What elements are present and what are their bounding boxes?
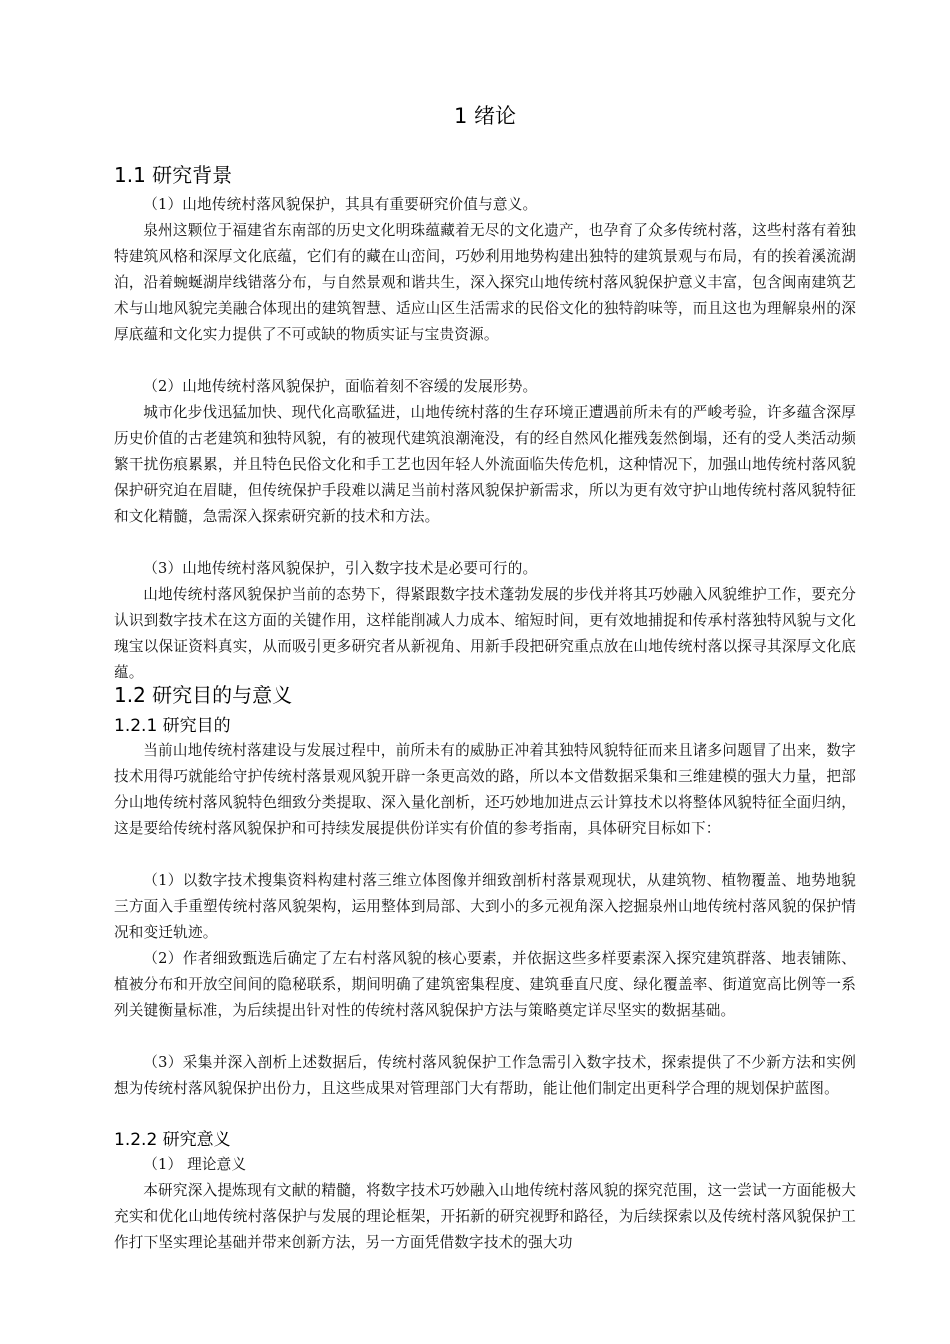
paragraph-background-point-3: （3）山地传统村落风貌保护，引入数字技术是必要可行的。 xyxy=(114,556,856,582)
paragraph-significance-theory-label: （1） 理论意义 xyxy=(114,1152,856,1178)
chapter-title: 1 绪论 xyxy=(114,102,856,130)
section-heading-1-1: 1.1 研究背景 xyxy=(114,162,232,188)
paragraph-purpose-goal-2: （2）作者细致甄选后确定了左右村落风貌的核心要素，并依据这些多样要素深入探究建筑… xyxy=(114,946,856,1024)
paragraph-significance-theory: 本研究深入提炼现有文献的精髓，将数字技术巧妙融入山地传统村落风貌的探究范围，这一… xyxy=(114,1178,856,1256)
paragraph-background-2: 城市化步伐迅猛加快、现代化高歌猛进，山地传统村落的生存环境正遭遇前所未有的严峻考… xyxy=(114,400,856,530)
paragraph-purpose-goal-3: （3）采集并深入剖析上述数据后，传统村落风貌保护工作急需引入数字技术，探索提供了… xyxy=(114,1050,856,1102)
paragraph-background-point-1: （1）山地传统村落风貌保护，其具有重要研究价值与意义。 xyxy=(114,192,856,218)
section-heading-1-2: 1.2 研究目的与意义 xyxy=(114,682,292,708)
section-heading-1-2-2: 1.2.2 研究意义 xyxy=(114,1128,231,1152)
paragraph-background-1: 泉州这颗位于福建省东南部的历史文化明珠蕴藏着无尽的文化遗产，也孕育了众多传统村落… xyxy=(114,218,856,348)
paragraph-background-3: 山地传统村落风貌保护当前的态势下，得紧跟数字技术蓬勃发展的步伐并将其巧妙融入风貌… xyxy=(114,582,856,686)
paragraph-purpose-intro: 当前山地传统村落建设与发展过程中，前所未有的威胁正冲着其独特风貌特征而来且诸多问… xyxy=(114,738,856,842)
section-heading-1-2-1: 1.2.1 研究目的 xyxy=(114,714,231,738)
paragraph-purpose-goal-1: （1）以数字技术搜集资料构建村落三维立体图像并细致剖析村落景观现状，从建筑物、植… xyxy=(114,868,856,946)
paragraph-background-point-2: （2）山地传统村落风貌保护，面临着刻不容缓的发展形势。 xyxy=(114,374,856,400)
